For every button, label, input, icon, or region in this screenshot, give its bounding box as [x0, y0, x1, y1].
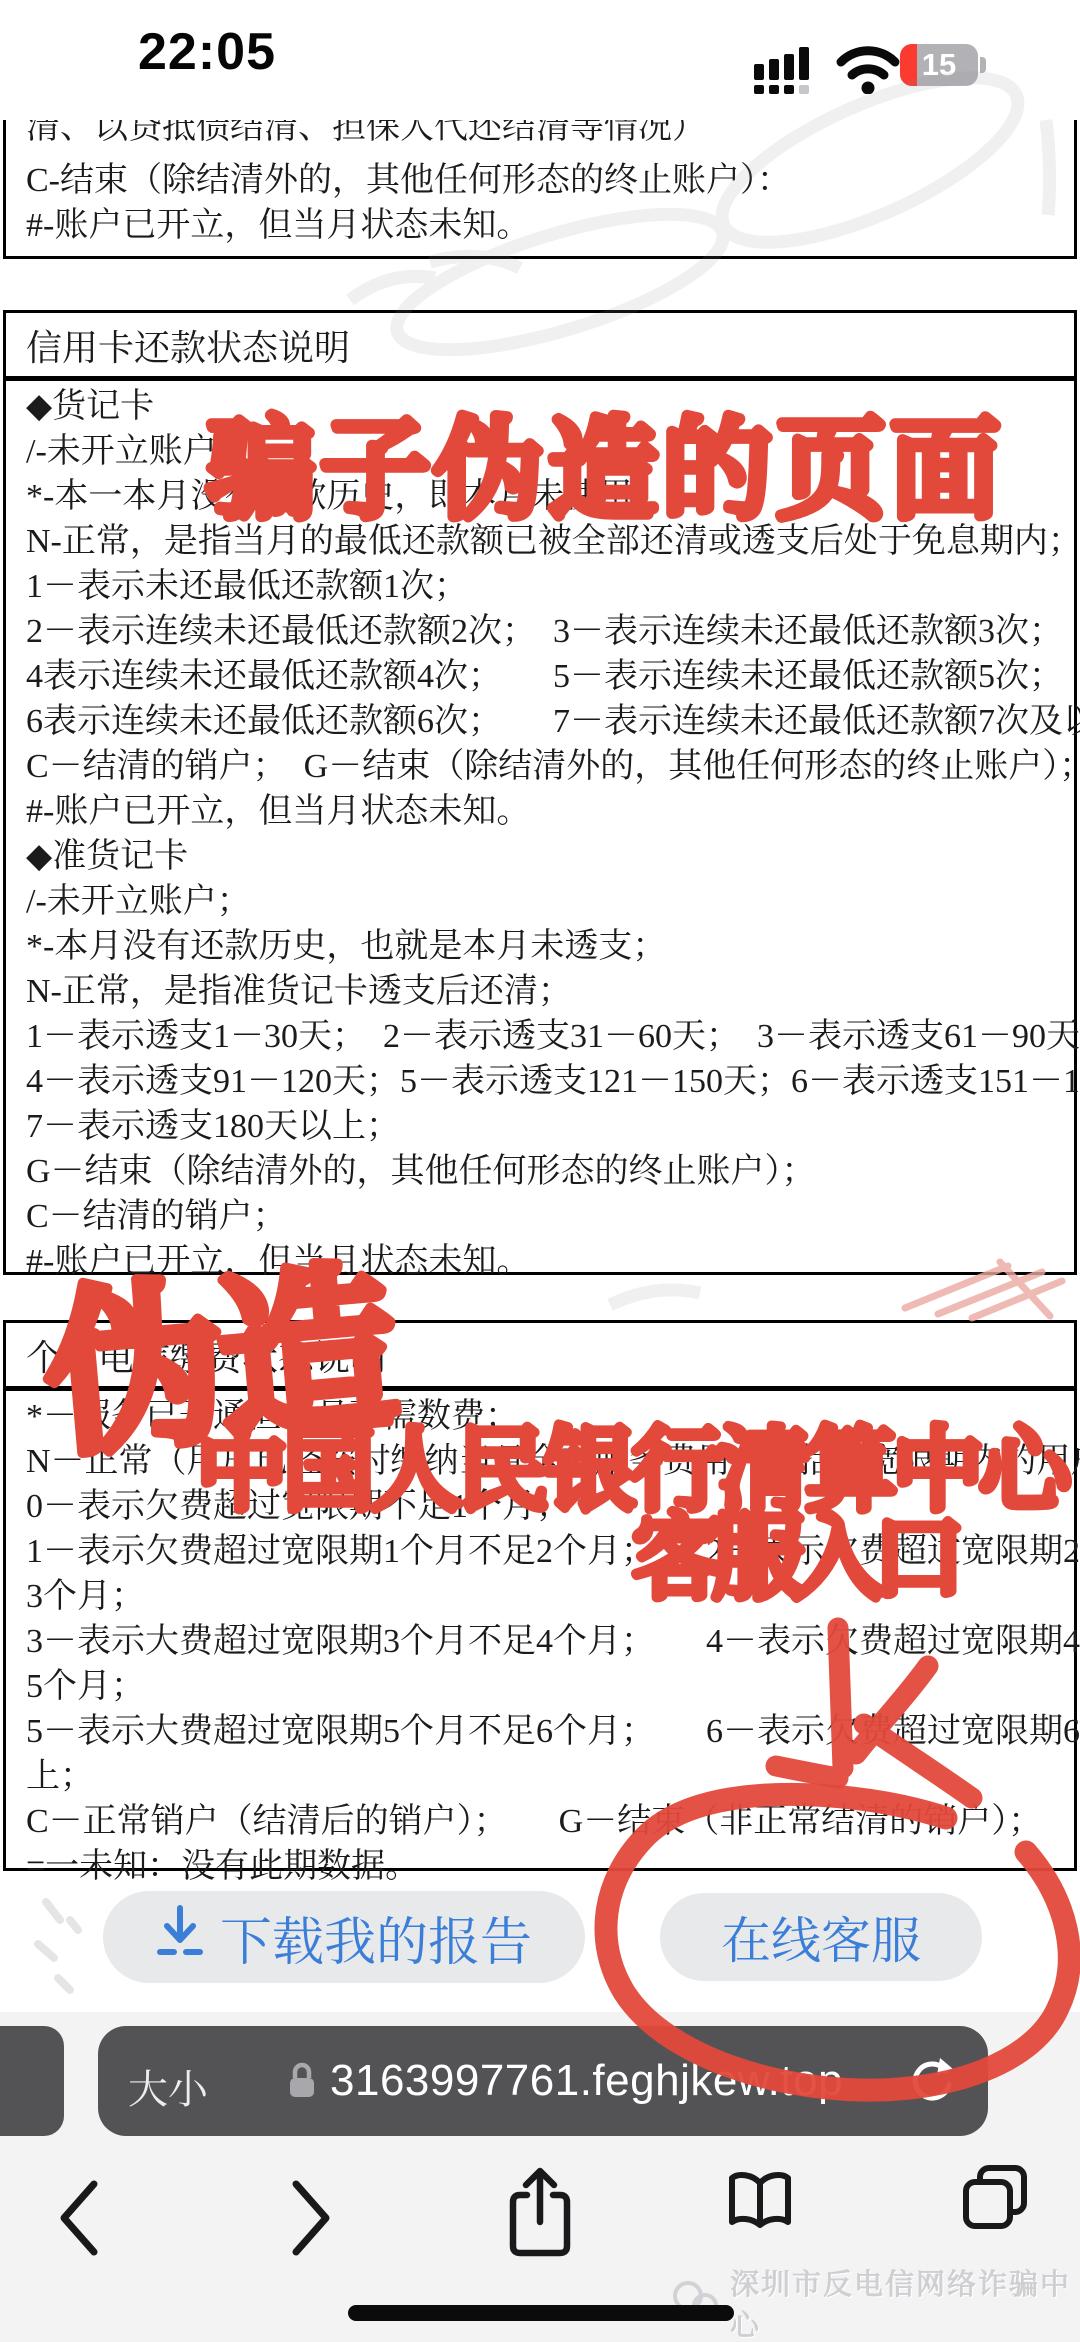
online-service-label: 在线客服: [721, 1901, 921, 1973]
text-line: G－结束（除结清外的，其他任何形态的终止账户）；: [26, 1149, 1054, 1194]
text-line: *－服务已开通但本月不需数费；: [26, 1394, 1054, 1439]
text-line: =一未知：没有此期数据。: [26, 1844, 1054, 1889]
text-line: 5－表示大费超过宽限期5个月不足6个月； 6－表示欠费超过宽限期6个月以: [26, 1709, 1054, 1754]
battery-percent: 15: [900, 47, 978, 83]
text-line: #-账户已开立，但当月状态未知。: [26, 203, 1054, 248]
reload-icon[interactable]: [906, 2056, 954, 2109]
text-line: 4表示连续未还最低还款额4次； 5－表示连续未还最低还款额5次；: [26, 654, 1054, 699]
anti-fraud-watermark: 深圳市反电信网络诈骗中心: [672, 2262, 1080, 2342]
text-line: 5个月；: [26, 1664, 1054, 1709]
text-line: C－正常销户（结清后的销户）； G－结束（非正常结清的销户）；: [26, 1799, 1054, 1844]
watermark-text: 深圳市反电信网络诈骗中心: [730, 2262, 1080, 2342]
wifi-icon: [836, 44, 900, 99]
text-line: N－正常（用户已经按时缴纳当月全部服务费用，包括在宽限期内的用户）；: [26, 1439, 1054, 1484]
url-text: 3163997761.feghjkew.top: [330, 2056, 843, 2106]
cellular-signal-icon: [754, 48, 824, 94]
text-line: *-本一本月没有还款历史，即本月未使用；: [26, 474, 1054, 519]
download-icon: [156, 1904, 204, 1971]
bookmarks-icon[interactable]: [726, 2170, 794, 2239]
download-button-label: 下载我的报告: [220, 1900, 532, 1975]
report-box-intro: 清、以贷抵债结清、担保人代还结清等情况）C-结束（除结清外的，其他任何形态的终止…: [3, 120, 1077, 259]
telecom-lines: *－服务已开通但本月不需数费；N－正常（用户已经按时缴纳当月全部服务费用，包括在…: [6, 1391, 1074, 1889]
lock-icon: [288, 2062, 316, 2105]
text-line: 清、以贷抵债结清、担保人代还结清等情况）: [26, 120, 1054, 150]
text-line: #-账户已开立，但当月状态未知。: [26, 1239, 1054, 1284]
text-line: 1－表示欠费超过宽限期1个月不足2个月； 2－表示欠费超过宽限期2个月不足: [26, 1529, 1054, 1574]
section-title: 个人电信缴费状态说明: [6, 1323, 1074, 1391]
share-icon[interactable]: [506, 2164, 574, 2265]
report-box-telecom: 个人电信缴费状态说明 *－服务已开通但本月不需数费；N－正常（用户已经按时缴纳当…: [3, 1320, 1077, 1871]
tabs-icon[interactable]: [962, 2164, 1028, 2235]
text-line: #-账户已开立，但当月状态未知。: [26, 789, 1054, 834]
report-box-credit-card: 信用卡还款状态说明 ◆货记卡/-未开立账户；*-本一本月没有还款历史，即本月未使…: [3, 310, 1077, 1275]
back-icon[interactable]: [56, 2178, 100, 2263]
home-indicator[interactable]: [348, 2305, 734, 2321]
download-report-button[interactable]: 下载我的报告: [103, 1891, 585, 1983]
text-line: N-正常，是指当月的最低还款额已被全部还清或透支后处于免息期内；: [26, 519, 1054, 564]
text-line: 3个月；: [26, 1574, 1054, 1619]
forward-icon[interactable]: [290, 2178, 334, 2263]
text-line: 6表示连续未还最低还款额6次； 7－表示连续未还最低还款额7次及以上；: [26, 699, 1054, 744]
text-line: 1－表示未还最低还款额1次；: [26, 564, 1054, 609]
text-line: C－结清的销户；: [26, 1194, 1054, 1239]
text-line: N-正常，是指准货记卡透支后还清；: [26, 969, 1054, 1014]
clock: 22:05: [138, 22, 276, 82]
text-line: C-结束（除结清外的，其他任何形态的终止账户）：: [26, 158, 1054, 203]
previous-tab-edge[interactable]: [0, 2026, 64, 2136]
text-line: *-本月没有还款历史，也就是本月未透支；: [26, 924, 1054, 969]
online-service-button[interactable]: 在线客服: [660, 1893, 982, 1981]
text-line: /-未开立账户；: [26, 879, 1054, 924]
section-title: 信用卡还款状态说明: [6, 313, 1074, 381]
text-line: 上；: [26, 1754, 1054, 1799]
credit-lines: ◆货记卡/-未开立账户；*-本一本月没有还款历史，即本月未使用；N-正常，是指当…: [6, 381, 1074, 1284]
text-line: 2－表示连续未还最低还款额2次； 3－表示连续未还最低还款额3次；: [26, 609, 1054, 654]
address-bar[interactable]: 大小 3163997761.feghjkew.top: [98, 2026, 988, 2136]
intro-lines: 清、以贷抵债结清、担保人代还结清等情况）C-结束（除结清外的，其他任何形态的终止…: [6, 120, 1074, 248]
text-line: ◆准货记卡: [26, 834, 1054, 879]
battery-icon: 15: [900, 44, 986, 86]
text-line: 3－表示大费超过宽限期3个月不足4个月； 4－表示欠费超过宽限期4个月不足: [26, 1619, 1054, 1664]
text-line: /-未开立账户；: [26, 429, 1054, 474]
text-line: C－结清的销户； G－结束（除结清外的，其他任何形态的终止账户）；: [26, 744, 1054, 789]
text-line: 0－表示欠费超过宽限期不足1个月；: [26, 1484, 1054, 1529]
text-size-button[interactable]: 大小: [128, 2058, 208, 2115]
text-line: 4－表示透支91－120天；5－表示透支121－150天；6－表示透支151－1…: [26, 1059, 1054, 1104]
phone-screenshot: 22:05 15: [0, 0, 1080, 2342]
text-line: 1－表示透支1－30天； 2－表示透支31－60天； 3－表示透支61－90天；: [26, 1014, 1054, 1059]
text-line: ◆货记卡: [26, 384, 1054, 429]
text-line: 7－表示透支180天以上；: [26, 1104, 1054, 1149]
